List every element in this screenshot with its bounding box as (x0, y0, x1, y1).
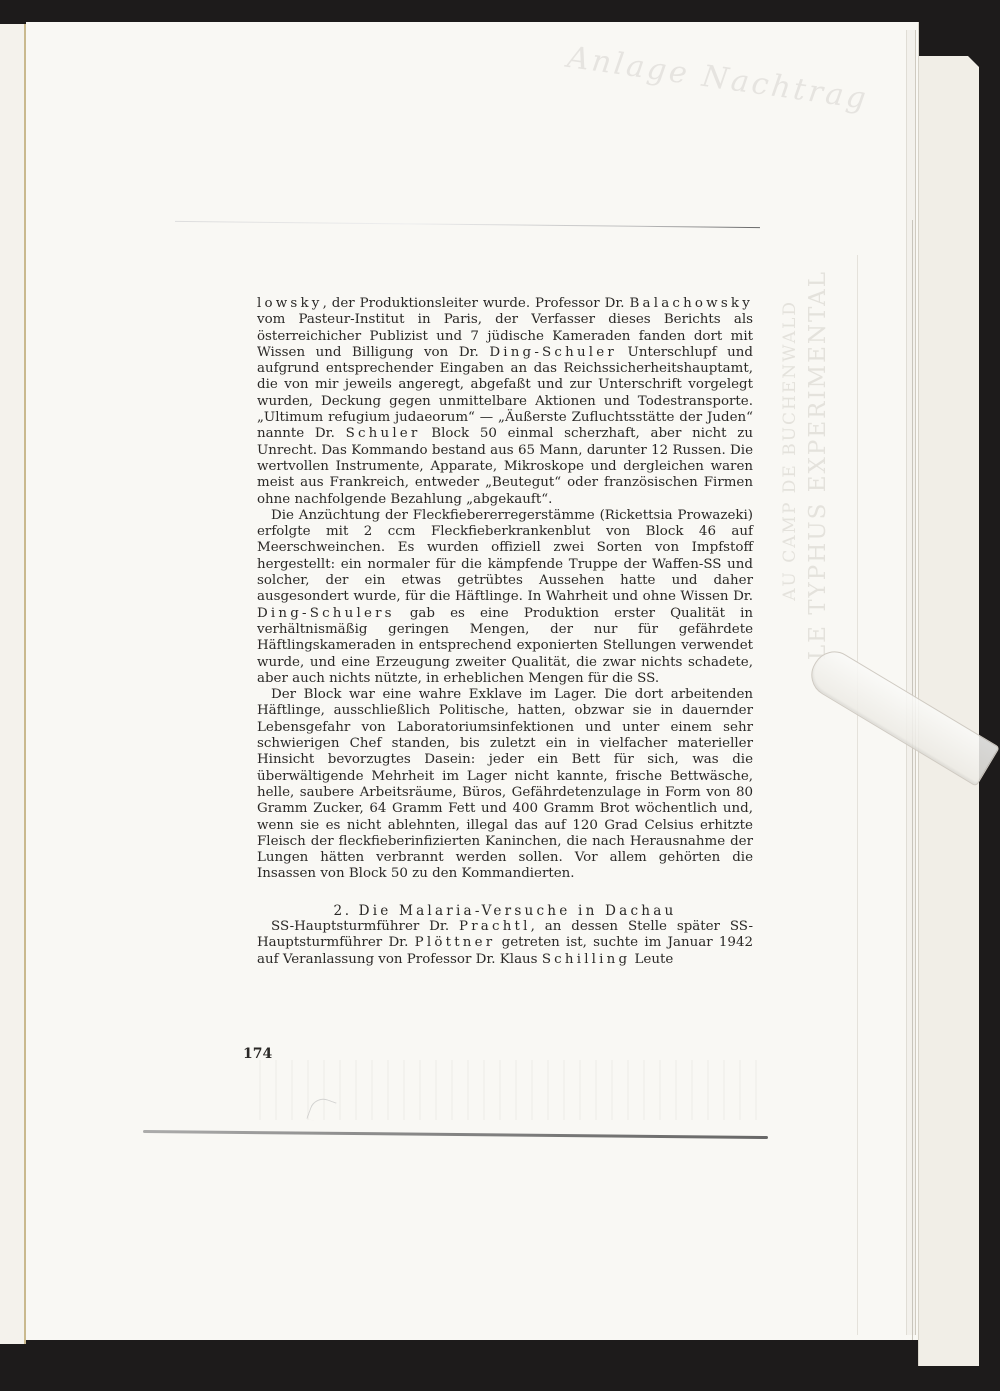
emphasized-name: Dachau (605, 903, 676, 919)
paragraph: SS-Hauptsturmführer Dr. Prachtl, an dess… (257, 919, 753, 968)
emphasized-name: Prachtl (459, 919, 531, 934)
text-run: , der Produktionsleiter wurde. Professor… (323, 296, 630, 311)
left-page-edge (0, 24, 26, 1344)
emphasized-name: Ding-Schuler (489, 345, 617, 360)
text-run: Der Block war eine wahre Exklave im Lage… (257, 687, 753, 881)
section-heading: 2. Die Malaria-Versuche in Dachau (257, 903, 753, 919)
emphasized-name: Schilling (542, 952, 630, 967)
body-text: lowsky, der Produktionsleiter wurde. Pro… (257, 296, 753, 968)
fold-line (912, 220, 913, 1340)
bleed-through-rule (857, 255, 858, 1335)
text-run: Leute (630, 952, 673, 967)
paragraph: Der Block war eine wahre Exklave im Lage… (257, 687, 753, 883)
paragraph: lowsky, der Produktionsleiter wurde. Pro… (257, 296, 753, 508)
emphasized-name: lowsky (257, 296, 323, 311)
bleed-through-title-2: AU CAMP DE BUCHENWALD (780, 300, 800, 601)
paragraph: Die Anzüchtung der Fleckfiebererregerstä… (257, 508, 753, 687)
text-run: Die Anzüchtung der Fleckfiebererregerstä… (257, 508, 753, 604)
emphasized-name: Schuler (346, 426, 421, 441)
emphasized-name: Die Malaria-Versuche (359, 903, 571, 919)
bleed-through-title-1: LE TYPHUS EXPERIMENTAL (805, 270, 831, 660)
emphasized-name: Balachowsky (630, 296, 754, 311)
text-run: SS-Hauptsturmführer Dr. (271, 919, 459, 934)
section-number: 2. (334, 903, 352, 919)
emphasized-name: Plöttner (415, 935, 496, 950)
section-title: Die Malaria-Versuche in Dachau (359, 903, 677, 919)
page-stack-edge (906, 30, 916, 1335)
emphasized-name: Ding-Schulers (257, 606, 395, 621)
emphasized-name: in (571, 903, 606, 919)
